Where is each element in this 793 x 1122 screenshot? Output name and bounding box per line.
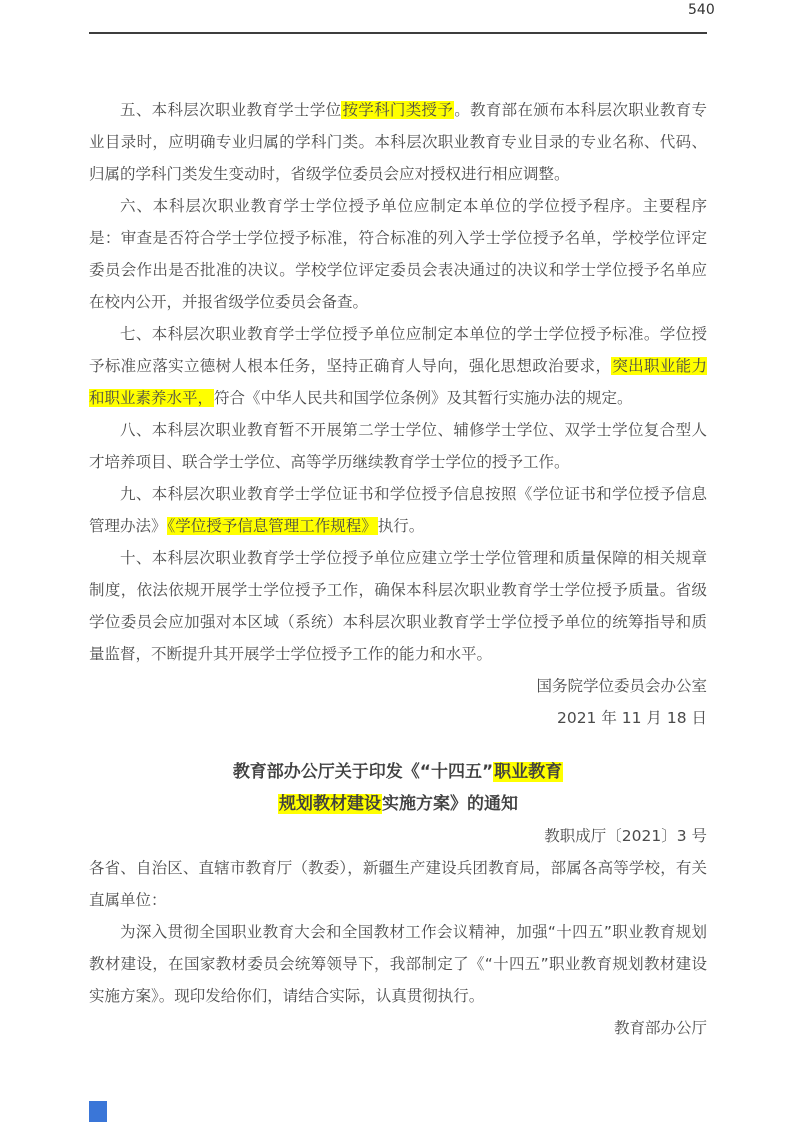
highlighted-text: 职业教育: [493, 762, 563, 782]
document2-signature: 教育部办公厅: [89, 1012, 707, 1044]
text-segment: 教育部办公厅关于印发《“十四五”: [233, 762, 493, 782]
page-corner-marker: [89, 1101, 107, 1122]
text-segment: 六、本科层次职业教育学士学位授予单位应制定本单位的学位授予程序。主要程序是：审查…: [89, 197, 707, 311]
document2-title-line2: 规划教材建设实施方案》的通知: [89, 788, 707, 820]
document-page: { "page": { "number": "540" }, "colors":…: [0, 0, 793, 1122]
paragraph-item-5: 五、本科层次职业教育学士学位按学科门类授予。教育部在颁布本科层次职业教育专业目录…: [89, 94, 707, 190]
text-segment: 十、本科层次职业教育学士学位授予单位应建立学士学位管理和质量保障的相关规章制度，…: [89, 549, 707, 663]
text-segment: 八、本科层次职业教育暂不开展第二学士学位、辅修学士学位、双学士学位复合型人才培养…: [89, 421, 707, 471]
page-number: 540: [688, 2, 715, 18]
paragraph-item-9: 九、本科层次职业教育学士学位证书和学位授予信息按照《学位证书和学位授予信息管理办…: [89, 478, 707, 542]
document2-addressee: 各省、自治区、直辖市教育厅（教委），新疆生产建设兵团教育局，部属各高等学校，有关…: [89, 852, 707, 916]
text-segment: 符合《中华人民共和国学位条例》及其暂行实施办法的规定。: [214, 389, 633, 407]
highlighted-text: 《学位授予信息管理工作规程》: [167, 517, 378, 535]
header-rule: [89, 32, 707, 34]
paragraph-item-7: 七、本科层次职业教育学士学位授予单位应制定本单位的学士学位授予标准。学位授予标准…: [89, 318, 707, 414]
paragraph-item-10: 十、本科层次职业教育学士学位授予单位应建立学士学位管理和质量保障的相关规章制度，…: [89, 542, 707, 670]
highlighted-text: 按学科门类授予: [341, 101, 454, 119]
document2-title-line1: 教育部办公厅关于印发《“十四五”职业教育: [89, 756, 707, 788]
document2-title: 教育部办公厅关于印发《“十四五”职业教育 规划教材建设实施方案》的通知: [89, 756, 707, 820]
document2-body: 为深入贯彻全国职业教育大会和全国教材工作会议精神，加强“十四五”职业教育规划教材…: [89, 916, 707, 1012]
text-segment: 执行。: [378, 517, 425, 535]
document1-body: 五、本科层次职业教育学士学位按学科门类授予。教育部在颁布本科层次职业教育专业目录…: [89, 94, 707, 734]
paragraph-item-6: 六、本科层次职业教育学士学位授予单位应制定本单位的学位授予程序。主要程序是：审查…: [89, 190, 707, 318]
text-segment: 五、本科层次职业教育学士学位: [120, 101, 341, 119]
document1-date: 2021 年 11 月 18 日: [89, 702, 707, 734]
document2-number: 教职成厅〔2021〕3 号: [89, 820, 707, 852]
page-content: 五、本科层次职业教育学士学位按学科门类授予。教育部在颁布本科层次职业教育专业目录…: [89, 94, 707, 1044]
document1-signature: 国务院学位委员会办公室: [89, 670, 707, 702]
text-segment: 实施方案》的通知: [382, 794, 518, 814]
highlighted-text: 规划教材建设: [278, 794, 382, 814]
paragraph-item-8: 八、本科层次职业教育暂不开展第二学士学位、辅修学士学位、双学士学位复合型人才培养…: [89, 414, 707, 478]
